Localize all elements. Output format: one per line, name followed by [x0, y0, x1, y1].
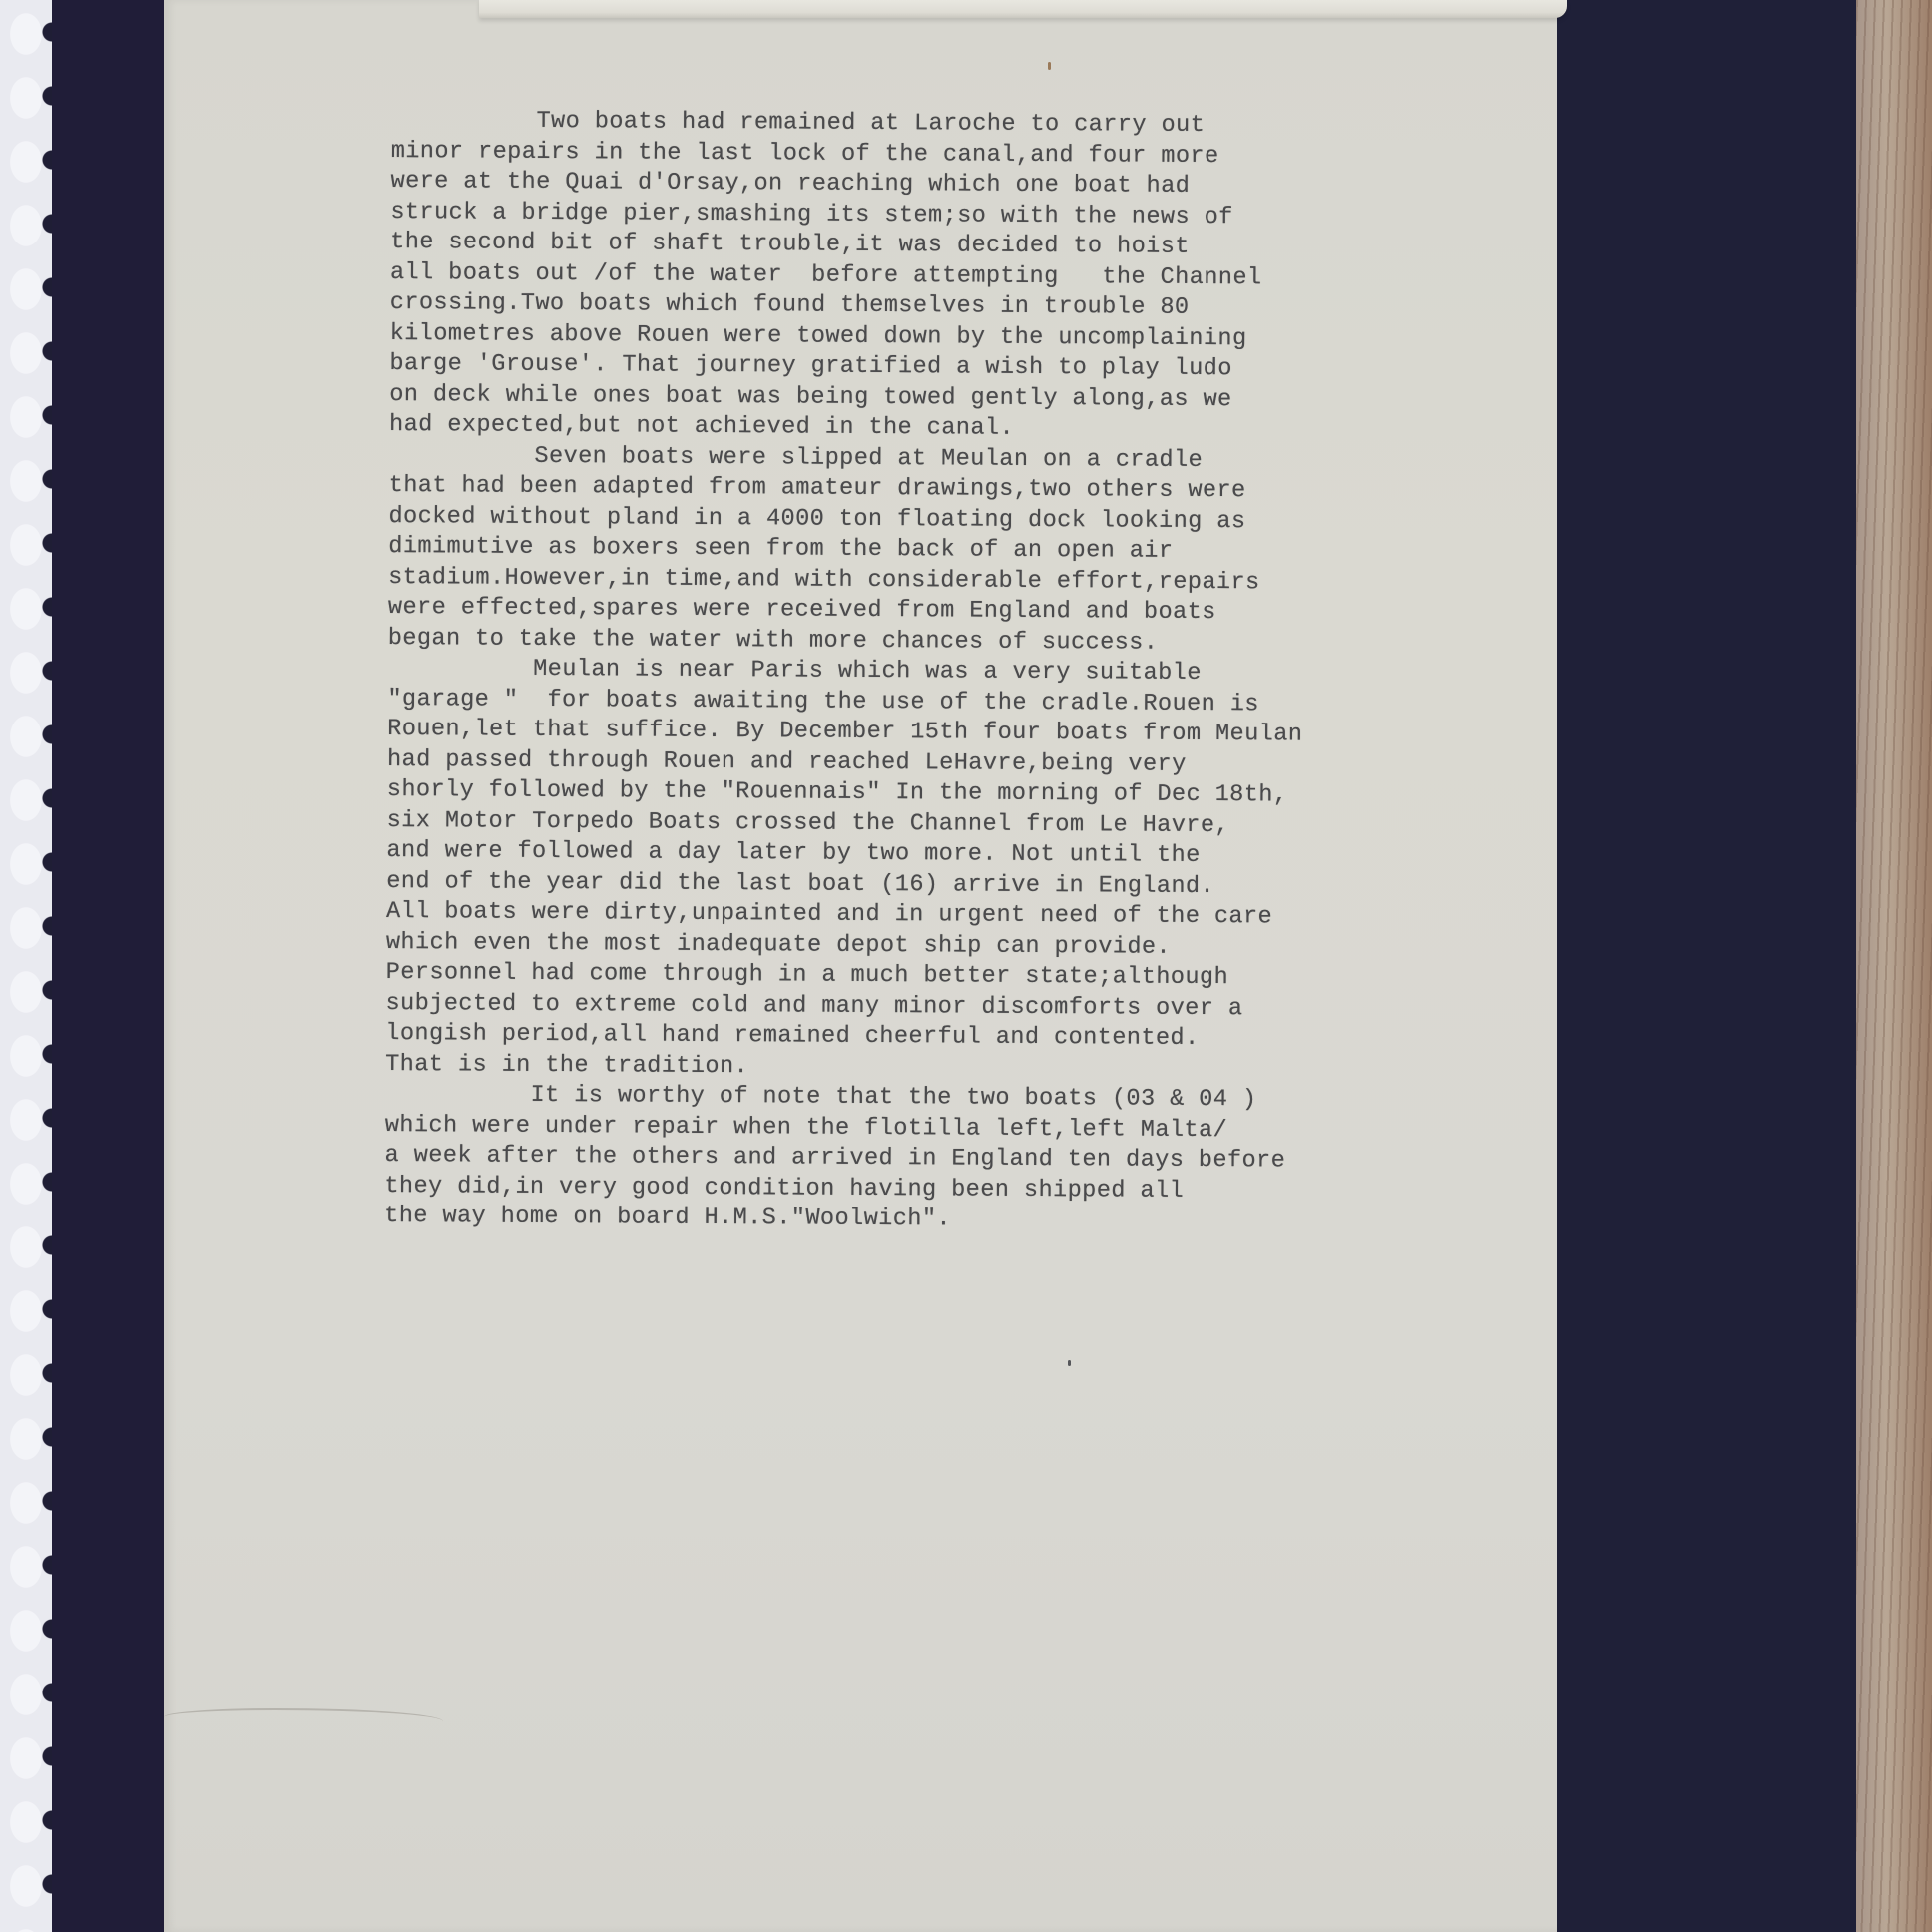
mount-board-right: [1557, 0, 1856, 1932]
mount-board-left: [52, 0, 164, 1932]
spiral-binding: [0, 0, 52, 1932]
paper-speck: [1068, 1360, 1071, 1366]
typed-body-text: Two boats had remained at Laroche to car…: [384, 106, 1489, 1238]
wood-grain: [1856, 0, 1932, 1932]
paper-speck: [1048, 62, 1051, 70]
curled-page-edge: [479, 0, 1567, 18]
wooden-table-edge: [1856, 0, 1932, 1932]
